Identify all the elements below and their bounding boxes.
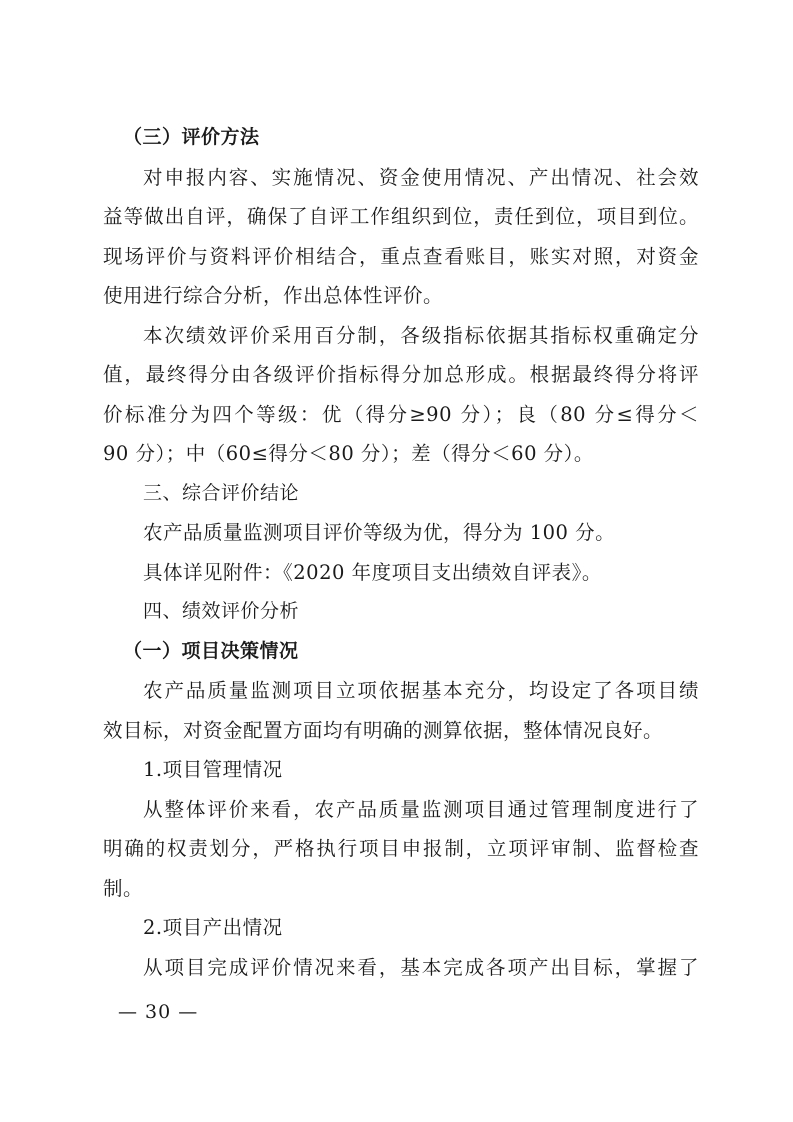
paragraph-line: 明确的权责划分，严格执行项目申报制，立项评审制、监督检查 [103,829,699,869]
paragraph-line: 农产品质量监测项目评价等级为优，得分为 100 分。 [103,513,699,553]
subheading-project-output: 2.项目产出情况 [103,908,699,948]
paragraph-line: 具体详见附件：《2020 年度项目支出绩效自评表》。 [103,553,699,593]
paragraph-line: 价标准分为四个等级：优（得分≥90 分）；良（80 分≤得分＜ [103,395,699,435]
subheading-project-management: 1.项目管理情况 [103,750,699,790]
section-heading-conclusion: 三、综合评价结论 [103,474,699,514]
paragraph-line: 效目标，对资金配置方面均有明确的测算依据，整体情况良好。 [103,711,699,751]
paragraph-line: 现场评价与资料评价相结合，重点查看账目，账实对照，对资金 [103,237,699,277]
document-body: （三）评价方法 对申报内容、实施情况、资金使用情况、产出情况、社会效 益等做出自… [103,118,699,987]
paragraph-line: 制。 [103,869,699,909]
section-heading-project-decision: （一）项目决策情况 [103,632,699,672]
section-heading-evaluation-method: （三）评价方法 [103,118,699,158]
paragraph-line: 本次绩效评价采用百分制，各级指标依据其指标权重确定分 [103,316,699,356]
paragraph-line: 从项目完成评价情况来看，基本完成各项产出目标，掌握了 [103,948,699,988]
paragraph-line: 使用进行综合分析，作出总体性评价。 [103,276,699,316]
paragraph-line: 值，最终得分由各级评价指标得分加总形成。根据最终得分将评 [103,355,699,395]
paragraph-line: 益等做出自评，确保了自评工作组织到位，责任到位，项目到位。 [103,197,699,237]
paragraph-line: 农产品质量监测项目立项依据基本充分，均设定了各项目绩 [103,671,699,711]
paragraph-line: 90 分）；中（60≤得分＜80 分）；差（得分＜60 分）。 [103,434,699,474]
paragraph-line: 从整体评价来看，农产品质量监测项目通过管理制度进行了 [103,790,699,830]
page-number: — 30 — [118,1001,198,1023]
paragraph-line: 对申报内容、实施情况、资金使用情况、产出情况、社会效 [103,158,699,198]
section-heading-performance-analysis: 四、绩效评价分析 [103,592,699,632]
